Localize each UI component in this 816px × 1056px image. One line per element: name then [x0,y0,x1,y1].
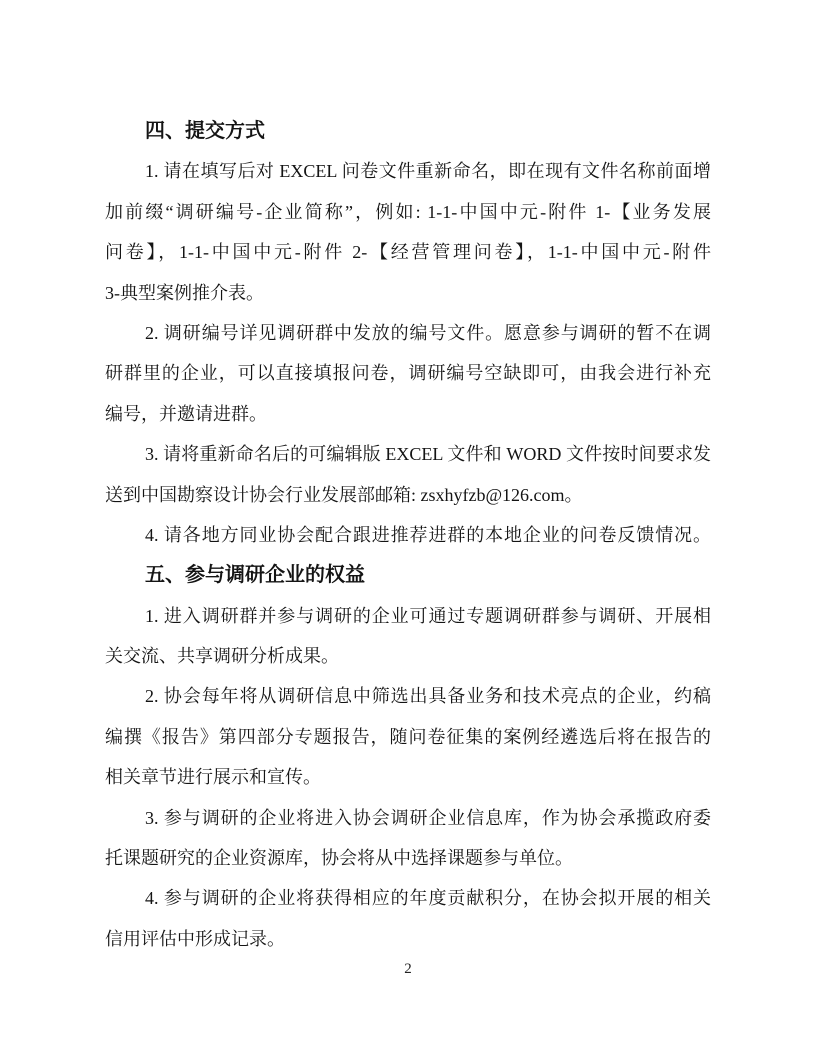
document-page: 四、提交方式 1. 请在填写后对 EXCEL 问卷文件重新命名，即在现有文件名称… [0,0,816,1056]
paragraph-line: 3. 参与调研的企业将进入协会调研企业信息库，作为协会承揽政府委 [105,798,711,838]
paragraph-line: 1. 请在填写后对 EXCEL 问卷文件重新命名，即在现有文件名称前面增 [105,151,711,191]
page-number: 2 [0,958,816,980]
section-heading-participant-benefits: 五、参与调研企业的权益 [105,555,711,595]
paragraph-line: 关交流、共享调研分析成果。 [105,636,711,676]
paragraph-line: 信用评估中形成记录。 [105,919,711,959]
paragraph-line: 编撰《报告》第四部分专题报告，随问卷征集的案例经遴选后将在报告的 [105,717,711,757]
paragraph-line: 加前缀“调研编号-企业简称”，例如: 1-1-中国中元-附件 1-【业务发展 [105,192,711,232]
paragraph-line: 问卷】，1-1-中国中元-附件 2-【经营管理问卷】，1-1-中国中元-附件 [105,232,711,272]
paragraph-line-email: 送到中国勘察设计协会行业发展部邮箱: zsxhyfzb@126.com。 [105,475,711,515]
paragraph-line: 2. 调研编号详见调研群中发放的编号文件。愿意参与调研的暂不在调 [105,313,711,353]
section-heading-submission-method: 四、提交方式 [105,111,711,151]
paragraph-line: 托课题研究的企业资源库，协会将从中选择课题参与单位。 [105,838,711,878]
paragraph-line: 4. 请各地方同业协会配合跟进推荐进群的本地企业的问卷反馈情况。 [105,515,711,555]
paragraph-line: 3-典型案例推介表。 [105,273,711,313]
paragraph-line: 研群里的企业，可以直接填报问卷，调研编号空缺即可，由我会进行补充 [105,353,711,393]
paragraph-line: 2. 协会每年将从调研信息中筛选出具备业务和技术亮点的企业，约稿 [105,676,711,716]
paragraph-line: 3. 请将重新命名后的可编辑版 EXCEL 文件和 WORD 文件按时间要求发 [105,434,711,474]
paragraph-line: 1. 进入调研群并参与调研的企业可通过专题调研群参与调研、开展相 [105,596,711,636]
paragraph-line: 编号，并邀请进群。 [105,394,711,434]
document-content: 四、提交方式 1. 请在填写后对 EXCEL 问卷文件重新命名，即在现有文件名称… [0,0,816,959]
paragraph-line: 4. 参与调研的企业将获得相应的年度贡献积分，在协会拟开展的相关 [105,878,711,918]
paragraph-line: 相关章节进行展示和宣传。 [105,757,711,797]
